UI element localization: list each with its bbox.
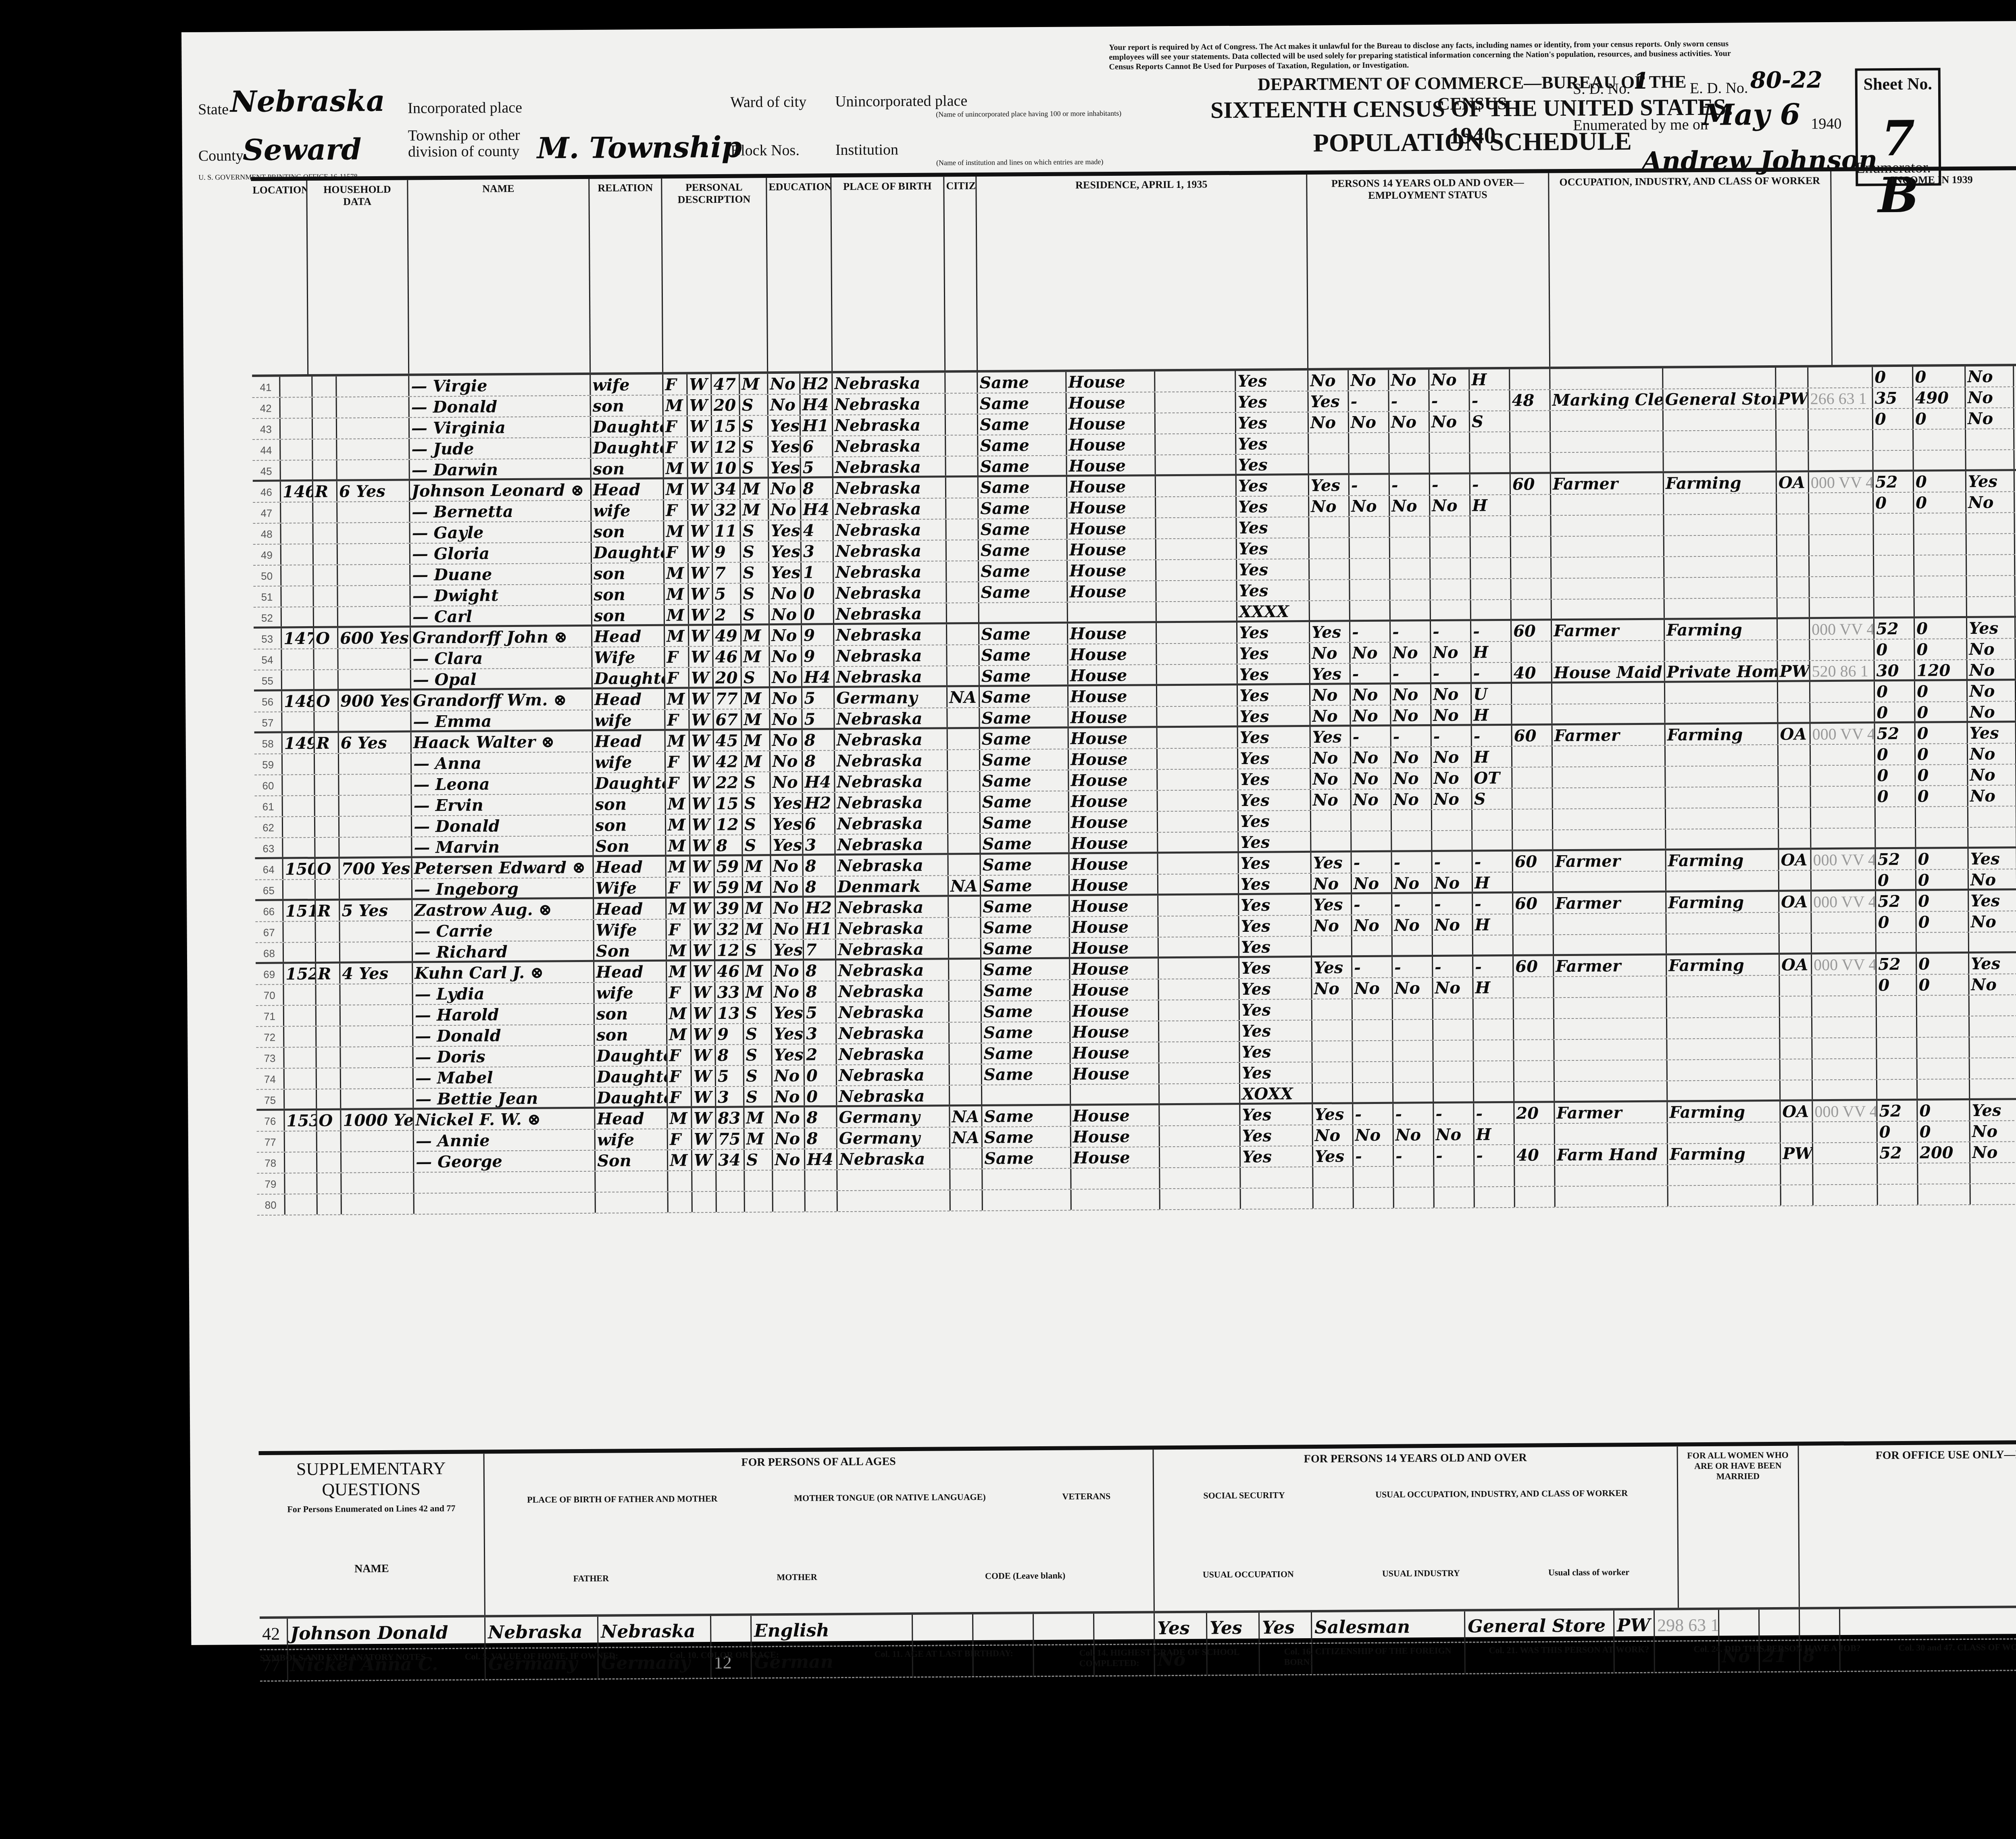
cell-emp-4 (1471, 600, 1512, 619)
cell-code: 000 VV 4 (1812, 954, 1876, 975)
cell-res-county (1068, 602, 1157, 621)
cell-wages: 0 (1916, 891, 1969, 911)
cell-tenure (313, 398, 337, 418)
cell-farm: Yes (1237, 622, 1310, 643)
cell-hours: 60 (1513, 851, 1553, 872)
cell-res-county: House (1070, 916, 1158, 937)
header-relation: RELATION (589, 179, 663, 373)
cell-emp-4 (1473, 935, 1514, 955)
cell-occupation: Farmer (1554, 956, 1667, 977)
cell-sex: F (666, 919, 691, 939)
cell-industry: Farming (1668, 1143, 1781, 1164)
notes-col14: Col. 14. HIGHEST GRADE OF SCHOOL COMPLET… (1079, 1647, 1272, 1729)
cell-emp-1: No (1354, 1125, 1394, 1145)
cell-line: 56 (254, 691, 282, 712)
cell-weeks-worked: 0 (1876, 870, 1916, 889)
cell-race: W (691, 961, 715, 981)
cell-res-city: Same (979, 477, 1067, 498)
cell-industry (1668, 1185, 1781, 1206)
cell-relation: son (595, 1025, 667, 1045)
cell--state (1158, 769, 1238, 790)
cell-dwelling (284, 943, 316, 962)
cell-emp-4 (1471, 579, 1511, 600)
cell-grade: 8 (805, 1128, 837, 1148)
cell-emp-2: No (1391, 768, 1432, 789)
cell-dwelling (281, 544, 314, 564)
cell-marital: S (744, 1024, 772, 1044)
cell-relation: Wife (592, 647, 665, 668)
cell-other-income: Yes (1968, 848, 2016, 869)
cell-emp-0: No (1311, 769, 1351, 789)
cell--state (1158, 790, 1239, 811)
cell-class: OA (1779, 724, 1811, 744)
cell-emp-1: - (1350, 475, 1390, 496)
cell-sex: F (664, 500, 688, 520)
cell-class (1777, 577, 1810, 597)
cell--state (1157, 644, 1237, 664)
cell-industry: Farming (1667, 955, 1780, 976)
cell-sex: M (666, 898, 691, 918)
cell-emp-0: Yes (1311, 852, 1352, 873)
cell-code (1810, 556, 1874, 576)
cell-emp-2: - (1389, 391, 1429, 411)
cell-race: W (691, 1024, 716, 1044)
cell-wages: 0 (1916, 723, 1968, 744)
cell-cit (946, 519, 979, 539)
cell--state (1160, 1063, 1240, 1083)
cell-grade: H2 (804, 898, 836, 918)
cell--state (1156, 497, 1237, 517)
cell-cit (948, 792, 981, 812)
cell-cit (948, 813, 981, 833)
cell-code (1811, 828, 1876, 848)
cell-race: W (692, 1066, 716, 1086)
cell-dwelling (285, 1152, 317, 1173)
cell-res-county: House (1071, 1063, 1160, 1084)
cell-relation: Son (596, 1150, 668, 1171)
cell-industry (1667, 934, 1780, 954)
notes-col10: Col. 10. COLOR OR RACE: (670, 1649, 863, 1731)
cell-farm: Yes (1239, 895, 1312, 915)
cell-res-county: House (1067, 476, 1156, 497)
cell-emp-3 (1430, 453, 1470, 473)
cell-cit (948, 855, 981, 875)
cell-emp-1 (1349, 433, 1389, 454)
cell-emp-0: No (1311, 789, 1352, 810)
cell--state (1158, 874, 1239, 893)
cell-marital: S (744, 1045, 772, 1065)
cell-line: 80 (257, 1194, 285, 1214)
cell-relation: wife (593, 752, 666, 773)
cell-emp-3 (1430, 432, 1470, 453)
cell-dwelling (281, 460, 313, 479)
cell-class (1779, 745, 1811, 765)
cell-name: Petersen Edward ⊗ (412, 857, 594, 879)
cell-school: Yes (772, 1003, 804, 1023)
cell-relation (596, 1171, 668, 1192)
cell-wages: 0 (1916, 849, 1968, 869)
cell-hours: 60 (1512, 725, 1553, 746)
cell-class (1780, 933, 1812, 952)
cell-school: Yes (771, 835, 803, 854)
cell-line: 67 (255, 922, 283, 942)
cell-emp-2 (1390, 579, 1431, 600)
cell-res-county: House (1067, 518, 1156, 539)
cell-emp-2: No (1392, 873, 1433, 892)
cell-occupation (1555, 1123, 1668, 1144)
cell-industry (1666, 871, 1779, 891)
cell-tenure (315, 817, 339, 837)
cell-cit (950, 1064, 982, 1085)
cell-race: W (691, 856, 715, 877)
cell-wages: 490 (1913, 387, 1966, 408)
cell-sex: M (664, 584, 689, 604)
cell-marital: S (741, 604, 770, 623)
cell-sex: M (668, 1108, 692, 1128)
cell-res-county: House (1070, 1021, 1159, 1042)
cell-emp-4: - (1470, 474, 1511, 495)
cell-age: 15 (712, 416, 740, 436)
supp-office-header: FOR OFFICE USE ONLY—DO NOT WRITE IN THES… (1799, 1443, 2016, 1607)
cell-hours (1514, 935, 1554, 954)
cell-dwelling: 152 (284, 964, 316, 984)
cell-res-county: House (1070, 958, 1159, 979)
cell-wages (1918, 1058, 1970, 1079)
cell-marital: S (741, 562, 769, 583)
cell-name: — Jude (410, 438, 591, 459)
institution-note: (Name of institution and lines on which … (936, 158, 1104, 167)
cell-sex: M (667, 940, 691, 959)
cell-emp-0: No (1310, 643, 1350, 663)
cell-industry: Private Home (1665, 661, 1778, 681)
cell-race: W (688, 416, 712, 436)
cell-emp-0: Yes (1313, 1104, 1353, 1125)
cell-emp-1 (1353, 1041, 1393, 1062)
cell-emp-2 (1393, 999, 1433, 1019)
cell-emp-4: H (1473, 873, 1513, 892)
cell-sex: F (668, 1087, 692, 1106)
cell-grade (805, 1170, 837, 1190)
cell-hours (1512, 704, 1552, 724)
cell-dwelling (285, 1131, 317, 1152)
cell-cit (946, 477, 979, 498)
cell-birthplace: Nebraska (835, 771, 948, 792)
cell-race: W (691, 1003, 716, 1023)
cell-dwelling (281, 419, 313, 439)
cell-hours (1510, 369, 1550, 389)
cell-line: 57 (254, 712, 282, 731)
cell-value (337, 397, 410, 418)
cell-weeks-worked: 0 (1875, 681, 1915, 702)
cell-emp-1 (1350, 601, 1391, 620)
cell-tenure (317, 1006, 341, 1026)
cell-res-city: Same (979, 645, 1068, 665)
cell-relation: son (595, 1004, 667, 1024)
cell-relation: son (592, 605, 665, 625)
cell-race: W (689, 563, 713, 583)
cell-dwelling: 147 (282, 628, 314, 648)
cell-weeks-worked (1877, 1059, 1918, 1079)
cell-farm: Yes (1239, 832, 1311, 851)
supp-cell-ss-income: Yes (1260, 1612, 1312, 1643)
cell-value (340, 942, 413, 962)
cell-marital: S (743, 814, 771, 834)
cell--state (1156, 455, 1236, 474)
cell-hours: 60 (1513, 893, 1554, 914)
header-education: EDUCATION (767, 177, 833, 371)
cell-other-income: No (1966, 387, 2014, 408)
cell-other-income (1966, 513, 2015, 533)
cell-other-income: Yes (1970, 1100, 2016, 1120)
institution-label: Institution (835, 141, 899, 159)
cell--state (1158, 853, 1239, 874)
cell-sex: F (667, 982, 691, 1002)
cell-weeks-worked: 35 (1873, 388, 1913, 408)
cell-dwelling: 153 (285, 1110, 317, 1131)
cell-class (1777, 493, 1809, 513)
cell-occupation (1555, 1060, 1668, 1081)
cell-other-income (1969, 932, 2016, 952)
cell-emp-2: No (1391, 747, 1432, 768)
cell-age: 34 (712, 479, 741, 499)
cell-farm: Yes (1238, 727, 1311, 748)
cell-res-county: House (1067, 497, 1156, 518)
cell-dwelling (283, 775, 315, 795)
cell-name: — Ervin (412, 794, 594, 816)
cell-tenure (316, 985, 340, 1005)
cell-hours (1512, 641, 1552, 662)
cell-emp-1: - (1350, 622, 1391, 642)
cell-sex: M (665, 626, 689, 646)
enumerated-label: Enumerated by me on (1573, 116, 1708, 134)
cell-school (773, 1170, 805, 1191)
cell-birthplace: Nebraska (833, 435, 946, 456)
cell-res-city: Same (981, 896, 1070, 917)
cell-name: Kuhn Carl J. ⊗ (413, 962, 594, 983)
cell-res-city: Same (980, 750, 1069, 770)
cell-value (341, 1005, 413, 1026)
cell-other-income (1967, 555, 2015, 575)
cell-wages: 0 (1916, 765, 1968, 785)
cell-grade: H4 (801, 499, 833, 519)
cell-class (1778, 640, 1810, 660)
cell-cit (948, 666, 980, 685)
cell-emp-1 (1350, 559, 1390, 579)
cell-race: W (689, 626, 713, 646)
cell-farm: Yes (1239, 790, 1311, 810)
cell-emp-0 (1312, 936, 1352, 956)
cell-emp-4: - (1470, 390, 1510, 411)
cell-emp-2 (1391, 600, 1431, 620)
cell-emp-3: No (1432, 789, 1472, 809)
cell-res-county: House (1069, 728, 1158, 748)
cell-birthplace: Nebraska (836, 981, 949, 1002)
cell-hours (1512, 746, 1553, 767)
cell-emp-1 (1354, 1167, 1394, 1187)
cell-industry: Farming (1665, 619, 1778, 640)
cell-birthplace: Nebraska (837, 1085, 950, 1105)
header-citizenship: CITIZENSHIP (944, 177, 978, 370)
cell-grade: H2 (800, 373, 833, 394)
cell-name: — Marvin (412, 836, 594, 856)
cell-value (338, 649, 411, 669)
cell-birthplace: Nebraska (835, 729, 948, 750)
cell-tenure (317, 1131, 342, 1152)
cell-relation: Daughter (593, 773, 666, 793)
cell--state (1159, 1042, 1240, 1062)
cell-occupation (1554, 914, 1666, 935)
cell-industry: Farming (1664, 473, 1777, 494)
cell-code (1813, 1143, 1878, 1163)
cell-res-county: House (1070, 896, 1158, 916)
cell-name: — Harold (413, 1004, 595, 1025)
supp-cell-ss-deductions: Yes (1207, 1613, 1260, 1643)
cell-cit (950, 1002, 982, 1022)
cell-age: 20 (712, 395, 740, 415)
cell-birthplace: Nebraska (837, 1023, 950, 1043)
cell-occupation (1551, 515, 1664, 536)
cell-weeks-worked: 0 (1875, 765, 1916, 786)
cell-wages (1916, 807, 1968, 827)
cell-emp-0: No (1312, 873, 1352, 893)
cell-emp-1 (1353, 1020, 1393, 1041)
cell-wages (1914, 429, 1966, 450)
cell-cit (947, 561, 979, 581)
cell-marital (745, 1191, 773, 1212)
notes-col30: Col. 30 and 47. CLASS OF WORKER: (1898, 1641, 2016, 1723)
cell-res-city: Same (979, 519, 1067, 539)
cell-occupation: Farmer (1553, 725, 1666, 746)
cell-occupation (1556, 1186, 1668, 1207)
cell-race: W (692, 1108, 716, 1128)
cell-class: OA (1779, 850, 1811, 870)
cell-class (1781, 1185, 1814, 1205)
cell-farm: Yes (1238, 769, 1311, 789)
cell-tenure: O (314, 691, 339, 711)
cell-weeks-worked (1874, 514, 1914, 534)
cell-age: 8 (714, 835, 743, 854)
cell-wages: 0 (1915, 618, 1967, 639)
cell-farm: Yes (1236, 412, 1309, 433)
cell-age: 20 (714, 668, 742, 687)
cell-birthplace: Nebraska (837, 1002, 950, 1023)
cell-occupation (1553, 830, 1666, 850)
cell-res-city: Same (979, 540, 1068, 560)
cell-relation: Daughter (593, 668, 665, 687)
cell-other-income: No (1967, 639, 2016, 659)
cell-age: 59 (715, 856, 743, 877)
cell-name: — Virgie (409, 375, 591, 396)
cell-age: 9 (716, 1024, 744, 1044)
cell-sex: M (666, 793, 690, 814)
cell-emp-2: No (1392, 915, 1433, 935)
cell-marital: S (744, 1087, 773, 1106)
cell-res-county: House (1071, 1126, 1160, 1147)
cell-value (341, 1047, 413, 1068)
ward-label: Ward of city (730, 93, 806, 111)
cell-marital: M (741, 500, 769, 520)
cell-code (1812, 1017, 1877, 1037)
cell-sex: F (664, 542, 689, 562)
cell-birthplace: Germany (837, 1127, 950, 1148)
cell--state (1160, 1147, 1241, 1167)
cell-emp-0: No (1309, 412, 1349, 433)
cell-res-county: House (1070, 979, 1159, 1000)
cell-cit (949, 981, 981, 1001)
cell-cit: NA (949, 876, 981, 895)
cell-grade: 8 (801, 478, 833, 498)
cell-school: Yes (771, 814, 803, 834)
cell-name: — Dwight (410, 585, 592, 606)
cell-res-county: House (1069, 812, 1158, 832)
table-body: 41— VirgiewifeFW47MNoH2NebraskaSameHouse… (252, 364, 2016, 1216)
cell-name: — Duane (410, 564, 592, 585)
cell-occupation (1554, 1039, 1667, 1060)
cell-value (338, 586, 410, 606)
cell-sex: M (666, 856, 691, 877)
cell-race: W (691, 898, 715, 918)
cell-tenure (315, 838, 339, 857)
cell-grade: H4 (805, 1149, 837, 1169)
cell-race: W (690, 731, 714, 751)
cell-school: No (773, 1087, 805, 1106)
cell-emp-4: OT (1472, 768, 1512, 788)
cell-sex: M (667, 961, 691, 981)
cell-school: Yes (769, 521, 801, 541)
cell-relation: Head (594, 962, 667, 982)
cell-code: 000 VV 4 (1811, 849, 1876, 870)
cell-weeks-worked (1873, 451, 1914, 470)
cell-race: W (690, 835, 714, 854)
cell-value (342, 1173, 414, 1193)
cell-res-city (979, 603, 1068, 622)
cell-code (1810, 702, 1875, 722)
header-household: HOUSEHOLD DATA (307, 180, 409, 375)
cell-industry (1667, 976, 1780, 997)
cell-weeks-worked: 0 (1874, 639, 1915, 660)
cell-res-city: Same (982, 1106, 1071, 1127)
cell-occupation (1552, 641, 1665, 662)
cell-line: 69 (256, 964, 284, 984)
supp-cell-usual-class: PW (1614, 1610, 1655, 1641)
cell-weeks-worked: 52 (1874, 472, 1914, 492)
cell-dwelling (285, 1173, 317, 1193)
cell-industry (1667, 1039, 1780, 1060)
cell-class (1780, 1038, 1812, 1058)
cell-code (1812, 1038, 1877, 1058)
cell-weeks-worked (1873, 430, 1914, 450)
cell-emp-3: - (1433, 893, 1473, 914)
cell-other-income: No (1969, 869, 2016, 889)
cell-emp-0 (1313, 1062, 1353, 1083)
cell-tenure (314, 649, 338, 669)
cell-value (341, 1089, 414, 1108)
cell--state (1157, 623, 1237, 643)
cell-dwelling (283, 838, 315, 857)
cell-cit (949, 897, 981, 917)
cell-emp-2: - (1393, 1104, 1434, 1124)
cell-cit (950, 1085, 982, 1104)
cell-class (1778, 619, 1810, 639)
cell-race: W (688, 395, 712, 415)
cell-industry (1664, 431, 1776, 452)
cell-class: OA (1779, 891, 1812, 912)
cell--state (1159, 958, 1239, 979)
cell-farm: Yes (1240, 1062, 1313, 1083)
cell-tenure (317, 1068, 341, 1089)
cell-marital: M (741, 479, 769, 499)
cell-res-city: Same (981, 791, 1069, 812)
